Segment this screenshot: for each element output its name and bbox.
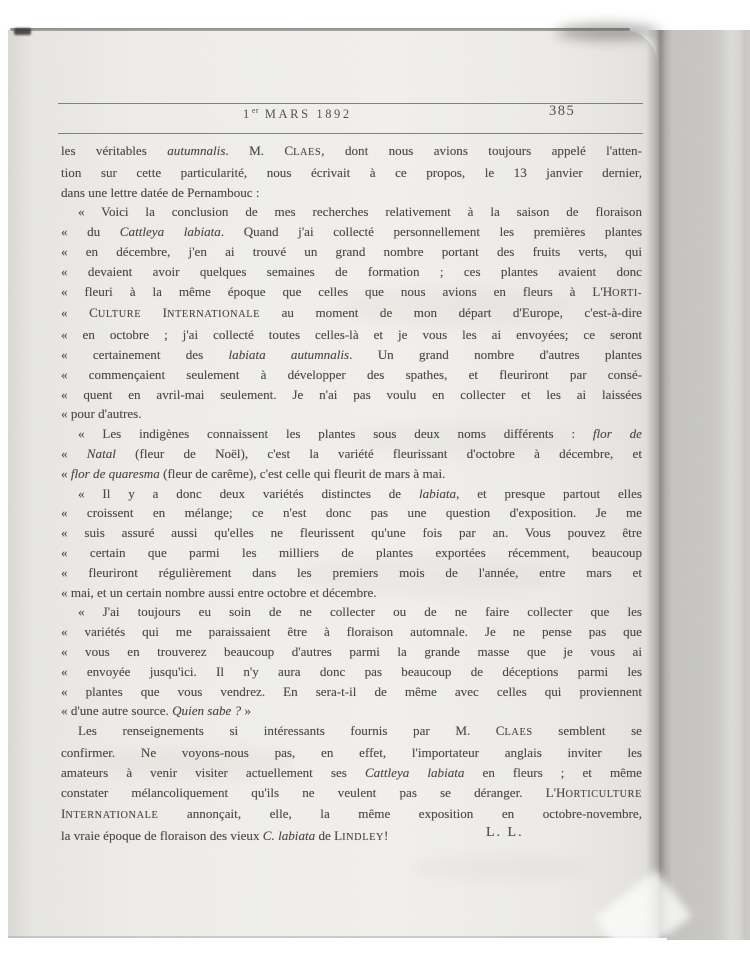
text-line: « Natal (fleur de Noël), c'est la variét… [61,444,642,464]
text-segment: en fleurs ; et même [464,765,642,780]
text-segment: « mai, et un certain nombre aussi entre … [61,585,377,600]
italic-text: Cattleya labiata [365,765,465,780]
text-line: « du Cattleya labiata. Quand j'ai collec… [61,222,642,242]
text-line: « J'ai toujours eu soin de ne collecter … [61,602,642,622]
text-segment: « Voici la conclusion de mes recherches … [78,204,642,219]
text-segment: « suis assuré aussi qu'elles ne fleuriss… [61,525,642,540]
text-segment: « fleuri à la même époque que celles que… [61,284,612,299]
top-left-scan-mark [14,28,31,35]
text-line: dans une lettre datée de Pernambouc : [61,183,642,203]
italic-text: flor de [593,426,642,441]
italic-text: C. labiata [263,828,315,843]
italic-text: autumnalis [167,143,225,158]
smallcaps-text: ULTURE [98,309,141,320]
text-segment: . Un grand nombre d'autres plantes [349,347,642,362]
article-text-block: les véritables autumnalis. M. CLAES, don… [61,141,642,848]
text-segment: 1 [243,107,252,121]
text-segment: « fleuriront régulièrement dans les prem… [61,565,642,580]
text-segment: « devaient avoir quelques semaines de fo… [61,264,642,279]
text-segment: confirmer. Ne voyons-nous pas, en effet,… [61,745,642,760]
text-segment: « Les indigènes connaissent les plantes … [78,426,593,441]
text-segment: « C [61,305,98,320]
text-segment: « Il y a donc deux variétés distinctes d… [78,486,419,501]
text-segment: semblent se [533,723,642,738]
page-top-edge-shadow [10,28,630,31]
italic-text: flor de quaresma [71,466,160,481]
text-segment: (fleur de carême), c'est celle qui fleur… [160,466,446,481]
text-segment: . Quand j'ai collecté personnellement le… [221,224,642,239]
text-segment: « croissent en mélange; ce n'est donc pa… [61,505,642,520]
text-segment: « vous en trouverez beaucoup d'autres pa… [61,644,642,659]
text-segment: I [141,305,167,320]
text-line: « Voici la conclusion de mes recherches … [61,202,642,222]
text-segment: au moment de mon départ d'Europe, c'est-… [260,305,642,320]
text-segment: « certain que parmi les milliers de plan… [61,545,642,560]
scanned-journal-page: 1er MARS 1892 385 les véritables autumna… [0,0,750,969]
smallcaps-text: INDLEY [342,832,384,843]
text-line: « flor de quaresma (fleur de carême), c'… [61,464,642,484]
smallcaps-text: NTERNATIONALE [167,309,260,320]
text-segment: » [241,703,251,718]
italic-text: Quien sabe ? [172,703,241,718]
text-segment: amateurs à venir visiter actuellement se… [61,765,365,780]
smallcaps-text: ORTI- [612,288,642,299]
text-segment: er [252,106,259,115]
text-segment: « plantes que vous vendrez. En sera-t-il… [61,684,642,699]
text-line: « en octobre ; j'ai collecté toutes cell… [61,325,642,345]
italic-text: Cattleya labiata [120,224,221,239]
text-line: « mai, et un certain nombre aussi entre … [61,583,642,603]
text-segment: « du [61,224,120,239]
text-segment: la vraie époque de floraison des vieux [61,828,263,843]
smallcaps-text: ORTICULTURE [565,789,642,800]
text-line: « commençaient seulement à développer de… [61,365,642,385]
text-segment: « en décembre, j'en ai trouvé un grand n… [61,244,642,259]
text-segment: « [61,446,87,461]
text-line: tion sur cette particularité, nous écriv… [61,163,642,183]
italic-text: Natal [87,446,116,461]
text-line: « croissent en mélange; ce n'est donc pa… [61,503,642,523]
italic-text: labiata [419,486,456,501]
text-line: INTERNATIONALE annonçait, elle, la même … [61,804,642,826]
text-line: « plantes que vous vendrez. En sera-t-il… [61,682,642,702]
text-line: les véritables autumnalis. M. CLAES, don… [61,141,642,163]
text-segment: Les renseignements si intéressants fourn… [78,723,505,738]
text-line: « devaient avoir quelques semaines de fo… [61,262,642,282]
text-line: la vraie époque de floraison des vieux C… [61,826,642,848]
text-segment: « envoyée jusqu'ici. Il n'y aura donc pa… [61,664,642,679]
text-segment: , dont nous avions toujours appelé l'att… [321,143,642,158]
smallcaps-text: LAES [293,147,321,158]
text-segment: ! [384,828,388,843]
smallcaps-text: LAES [505,727,533,738]
text-segment: les véritables [61,143,167,158]
text-segment: annonçait, elle, la même exposition en o… [158,806,642,821]
text-line: « fleuri à la même époque que celles que… [61,282,642,304]
text-line: « vous en trouverez beaucoup d'autres pa… [61,642,642,662]
text-segment: de L [315,828,342,843]
text-line: « fleuriront régulièrement dans les prem… [61,563,642,583]
page-bottom-edge-shadow [8,936,658,938]
adjacent-page-strip [667,30,750,940]
text-segment: , et presque partout elles [456,486,642,501]
text-segment: « quent en avril-mai seulement. Je n'ai … [61,387,642,402]
text-line: « CULTURE INTERNATIONALE au moment de mo… [61,303,642,325]
smallcaps-text: NTERNATIONALE [65,810,158,821]
text-segment: . M. C [225,143,293,158]
text-line: « Les indigènes connaissent les plantes … [61,424,642,444]
text-segment: « en octobre ; j'ai collecté toutes cell… [61,327,642,342]
text-line: « suis assuré aussi qu'elles ne fleuriss… [61,523,642,543]
text-segment: dans une lettre datée de Pernambouc : [61,185,260,200]
text-segment: « J'ai toujours eu soin de ne collecter … [78,604,642,619]
text-segment: « commençaient seulement à développer de… [61,367,642,382]
text-segment: (fleur de Noël), c'est la variété fleuri… [116,446,642,461]
text-line: « certain que parmi les milliers de plan… [61,543,642,563]
text-line: constater mélancoliquement qu'ils ne veu… [61,783,642,805]
text-segment: constater mélancoliquement qu'ils ne veu… [61,785,565,800]
text-segment: « variétés qui me paraissaient être à fl… [61,624,642,639]
text-line: amateurs à venir visiter actuellement se… [61,763,642,783]
text-line: « Il y a donc deux variétés distinctes d… [61,484,642,504]
text-line: « d'une autre source. Quien sabe ? » [61,701,642,721]
text-segment: « [61,466,71,481]
header-date: 1er MARS 1892 [243,106,352,122]
author-signature: L. L. [486,825,524,841]
text-line: « envoyée jusqu'ici. Il n'y aura donc pa… [61,662,642,682]
page-right-edge-shadow [646,30,667,938]
text-segment: « pour d'autres. [61,406,142,421]
header-rule-bottom [58,133,643,134]
text-line: « pour d'autres. [61,404,642,424]
text-line: « variétés qui me paraissaient être à fl… [61,622,642,642]
header-page-number: 385 [549,103,575,120]
text-segment: « certainement des [61,347,229,362]
text-line: « certainement des labiata autumnalis. U… [61,345,642,365]
italic-text: labiata autumnalis [229,347,350,362]
text-line: « en décembre, j'en ai trouvé un grand n… [61,242,642,262]
text-segment: MARS 1892 [259,107,352,121]
text-line: Les renseignements si intéressants fourn… [61,721,642,743]
text-line: « quent en avril-mai seulement. Je n'ai … [61,385,642,405]
text-line: confirmer. Ne voyons-nous pas, en effet,… [61,743,642,763]
top-right-corner-smudge [556,24,660,40]
text-segment: tion sur cette particularité, nous écriv… [61,165,642,180]
text-segment: « d'une autre source. [61,703,172,718]
